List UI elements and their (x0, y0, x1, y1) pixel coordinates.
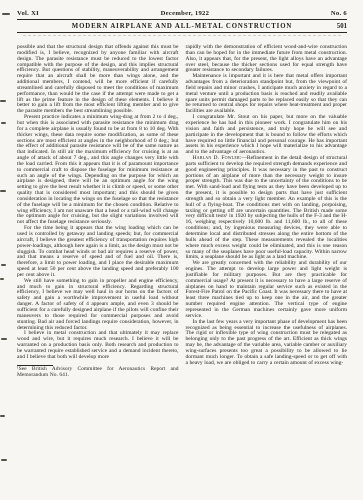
page-number: 501 (337, 23, 347, 30)
paragraph: I congratulate Mr. Stout on his paper, b… (186, 115, 348, 156)
paragraph: We are greatly concerned with the reliab… (186, 261, 348, 319)
paragraph: Harlan D. Fowler:—Refinement in the deta… (186, 156, 348, 261)
paragraph: Present practice indicates a minimum win… (17, 115, 179, 226)
paragraph: Maintenance is important and it is here … (186, 74, 348, 115)
masthead: Vol. XI December, 1922 No. 6 MODERN AIRP… (17, 10, 347, 36)
scan-artifact (2, 13, 10, 15)
paragraph: rapidly with the demonstration of effici… (186, 45, 348, 74)
paragraph: possible and that the structural design … (17, 45, 179, 115)
paragraph: We still have something to gain in prope… (17, 279, 179, 332)
footnote: ¹See British Advisory Committee for Aero… (17, 367, 179, 379)
volume-label: Vol. XI (17, 10, 39, 17)
scan-artifact (0, 190, 6, 192)
masthead-rule-top (17, 19, 347, 20)
issue-date: December, 1922 (161, 10, 210, 17)
scan-artifact (1, 459, 7, 461)
scan-artifact (1, 338, 7, 340)
scan-artifact (0, 415, 5, 417)
journal-page: Vol. XI December, 1922 No. 6 MODERN AIRP… (0, 0, 363, 500)
masthead-ghost-rule (23, 35, 341, 36)
article-body: possible and that the structural design … (17, 45, 347, 379)
paragraph: In the last few years a very important p… (186, 320, 348, 367)
scan-artifact (1, 264, 6, 266)
scan-artifact (1, 122, 6, 124)
running-title-line: MODERN AIRPLANE AND ALL-METAL CONSTRUCTI… (17, 23, 347, 30)
paragraph: I believe in metal construction and that… (17, 331, 179, 360)
issue-number: No. 6 (331, 10, 347, 17)
masthead-line: Vol. XI December, 1922 No. 6 (17, 10, 347, 17)
running-title: MODERN AIRPLANE AND ALL-METAL CONSTRUCTI… (72, 23, 292, 30)
masthead-rule-bottom (17, 32, 347, 33)
paragraph: For the time being it appears that the w… (17, 226, 179, 279)
left-column: possible and that the structural design … (17, 45, 179, 379)
paragraph-text: :—Refinement in the detail design of str… (186, 155, 348, 260)
scan-artifact (0, 278, 4, 280)
right-column: rapidly with the demonstration of effici… (186, 45, 348, 379)
scan-artifact (0, 100, 6, 102)
